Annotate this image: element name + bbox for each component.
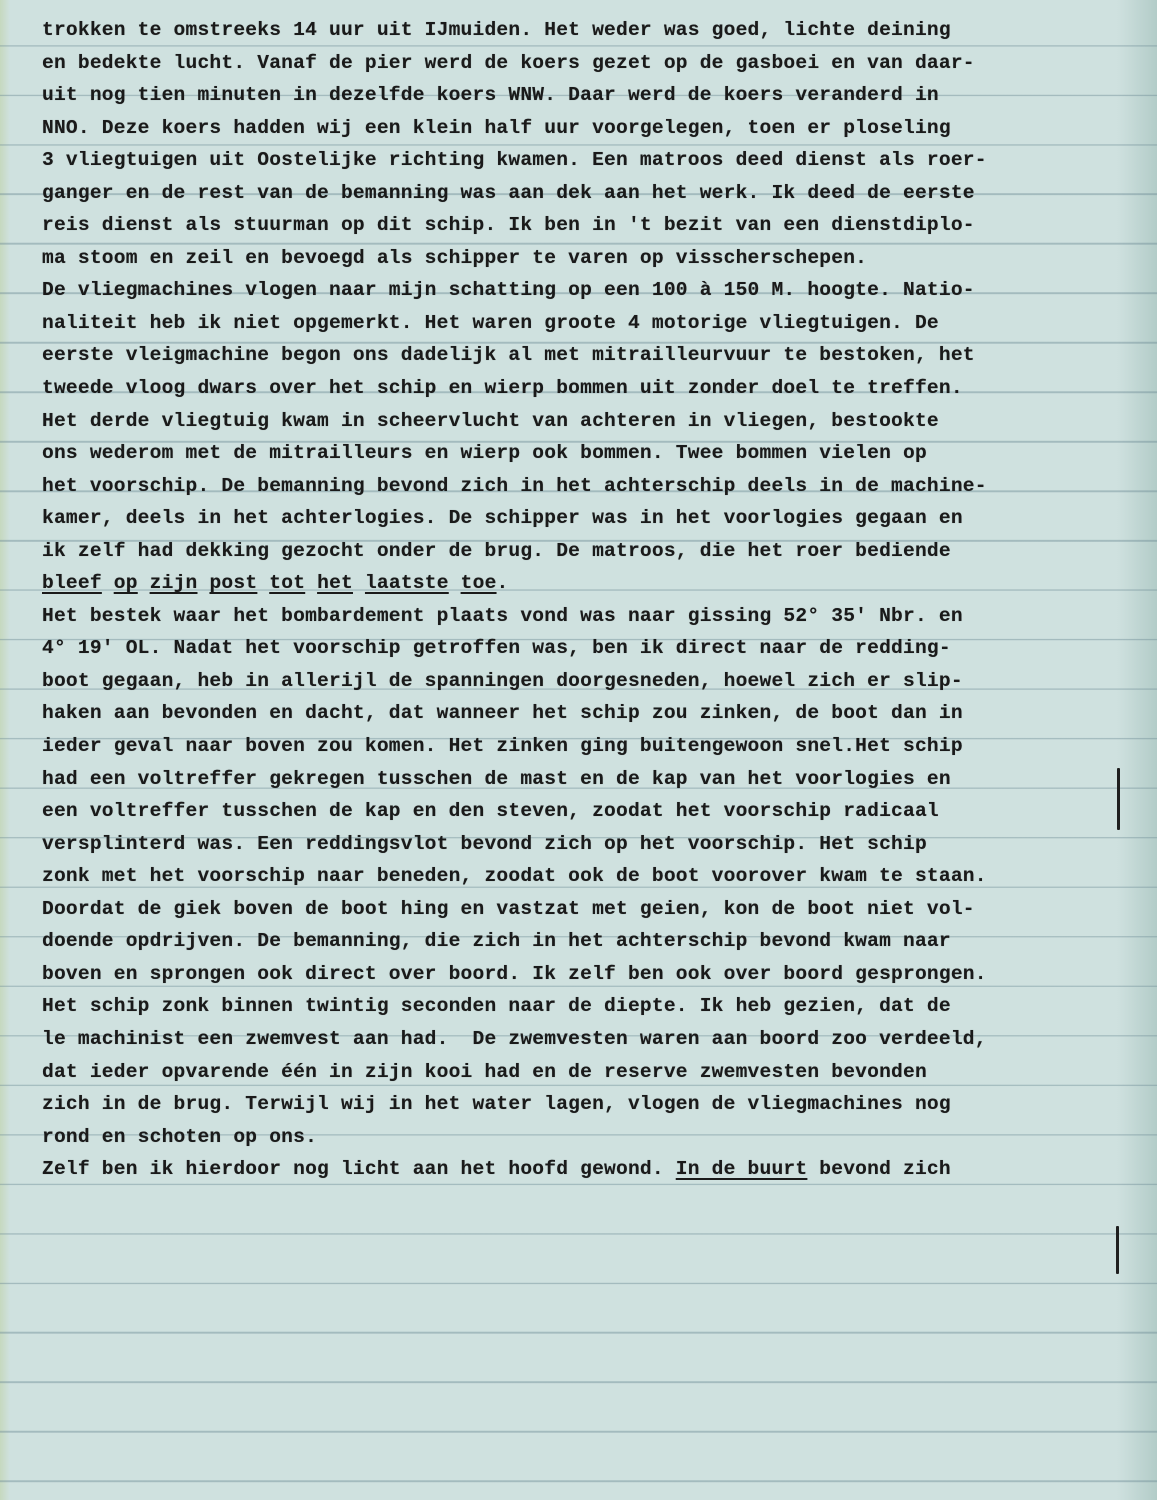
text-segment: Het derde vliegtuig kwam in scheervlucht… xyxy=(42,410,939,432)
text-line: dat ieder opvarende één in zijn kooi had… xyxy=(42,1056,1132,1089)
text-segment: Zelf ben ik hierdoor nog licht aan het h… xyxy=(42,1158,676,1180)
text-line: reis dienst als stuurman op dit schip. I… xyxy=(42,209,1132,242)
text-line: boven en sprongen ook direct over boord.… xyxy=(42,958,1132,991)
text-segment: ieder geval naar boven zou komen. Het zi… xyxy=(42,735,963,757)
margin-mark xyxy=(1116,1226,1119,1274)
typewritten-document-page: trokken te omstreeks 14 uur uit IJmuiden… xyxy=(0,0,1157,1500)
text-line: het voorschip. De bemanning bevond zich … xyxy=(42,470,1132,503)
text-segment: zich in de brug. Terwijl wij in het wate… xyxy=(42,1093,951,1115)
text-segment xyxy=(257,572,269,594)
text-line: 4° 19' OL. Nadat het voorschip getroffen… xyxy=(42,632,1132,665)
text-line: ieder geval naar boven zou komen. Het zi… xyxy=(42,730,1132,763)
text-segment: . xyxy=(497,572,509,594)
text-line: Het bestek waar het bombardement plaats … xyxy=(42,600,1132,633)
underlined-text: op xyxy=(114,572,138,594)
text-line: boot gegaan, heb in allerijl de spanning… xyxy=(42,665,1132,698)
text-segment: zonk met het voorschip naar beneden, zoo… xyxy=(42,865,987,887)
margin-mark xyxy=(1117,768,1120,830)
text-segment: rond en schoten op ons. xyxy=(42,1126,317,1148)
text-line: bleef op zijn post tot het laatste toe. xyxy=(42,567,1132,600)
text-line: ons wederom met de mitrailleurs en wierp… xyxy=(42,437,1132,470)
text-segment: De vliegmachines vlogen naar mijn schatt… xyxy=(42,279,975,301)
underlined-text: tot xyxy=(269,572,305,594)
text-segment: naliteit heb ik niet opgemerkt. Het ware… xyxy=(42,312,939,334)
text-line: zich in de brug. Terwijl wij in het wate… xyxy=(42,1088,1132,1121)
text-line: kamer, deels in het achterlogies. De sch… xyxy=(42,502,1132,535)
text-line: naliteit heb ik niet opgemerkt. Het ware… xyxy=(42,307,1132,340)
text-segment: haken aan bevonden en dacht, dat wanneer… xyxy=(42,702,963,724)
text-segment: ganger en de rest van de bemanning was a… xyxy=(42,182,975,204)
text-line: zonk met het voorschip naar beneden, zoo… xyxy=(42,860,1132,893)
text-segment: tweede vloog dwars over het schip en wie… xyxy=(42,377,963,399)
text-segment xyxy=(102,572,114,594)
text-segment: ons wederom met de mitrailleurs en wierp… xyxy=(42,442,927,464)
text-segment: eerste vleigmachine begon ons dadelijk a… xyxy=(42,344,975,366)
text-segment: dat ieder opvarende één in zijn kooi had… xyxy=(42,1061,927,1083)
document-body: trokken te omstreeks 14 uur uit IJmuiden… xyxy=(42,14,1132,1186)
text-segment: 4° 19' OL. Nadat het voorschip getroffen… xyxy=(42,637,951,659)
text-line: had een voltreffer gekregen tusschen de … xyxy=(42,763,1132,796)
text-segment xyxy=(198,572,210,594)
text-segment: versplinterd was. Een reddingsvlot bevon… xyxy=(42,833,927,855)
text-segment: Het bestek waar het bombardement plaats … xyxy=(42,605,963,627)
text-line: en bedekte lucht. Vanaf de pier werd de … xyxy=(42,47,1132,80)
text-segment: 3 vliegtuigen uit Oostelijke richting kw… xyxy=(42,149,987,171)
text-segment: boot gegaan, heb in allerijl de spanning… xyxy=(42,670,963,692)
underlined-text: laatste xyxy=(365,572,449,594)
text-line: trokken te omstreeks 14 uur uit IJmuiden… xyxy=(42,14,1132,47)
text-segment: Het schip zonk binnen twintig seconden n… xyxy=(42,995,951,1017)
text-line: NNO. Deze koers hadden wij een klein hal… xyxy=(42,112,1132,145)
text-line: eerste vleigmachine begon ons dadelijk a… xyxy=(42,339,1132,372)
text-segment: NNO. Deze koers hadden wij een klein hal… xyxy=(42,117,951,139)
text-segment xyxy=(449,572,461,594)
text-segment: en bedekte lucht. Vanaf de pier werd de … xyxy=(42,52,975,74)
text-segment xyxy=(138,572,150,594)
text-line: doende opdrijven. De bemanning, die zich… xyxy=(42,925,1132,958)
underlined-text: bleef xyxy=(42,572,102,594)
text-segment: Doordat de giek boven de boot hing en va… xyxy=(42,898,975,920)
text-line: le machinist een zwemvest aan had. De zw… xyxy=(42,1023,1132,1056)
text-segment: boven en sprongen ook direct over boord.… xyxy=(42,963,987,985)
text-line: versplinterd was. Een reddingsvlot bevon… xyxy=(42,828,1132,861)
text-line: haken aan bevonden en dacht, dat wanneer… xyxy=(42,697,1132,730)
underlined-text: het xyxy=(317,572,353,594)
text-line: tweede vloog dwars over het schip en wie… xyxy=(42,372,1132,405)
text-line: Het derde vliegtuig kwam in scheervlucht… xyxy=(42,405,1132,438)
text-line: ganger en de rest van de bemanning was a… xyxy=(42,177,1132,210)
underlined-text: In de buurt xyxy=(676,1158,808,1180)
text-segment xyxy=(305,572,317,594)
text-segment: had een voltreffer gekregen tusschen de … xyxy=(42,768,951,790)
underlined-text: toe xyxy=(461,572,497,594)
text-line: rond en schoten op ons. xyxy=(42,1121,1132,1154)
text-segment: ma stoom en zeil en bevoegd als schipper… xyxy=(42,247,867,269)
text-segment: trokken te omstreeks 14 uur uit IJmuiden… xyxy=(42,19,951,41)
text-segment xyxy=(353,572,365,594)
text-line: uit nog tien minuten in dezelfde koers W… xyxy=(42,79,1132,112)
underlined-text: post xyxy=(209,572,257,594)
text-line: ma stoom en zeil en bevoegd als schipper… xyxy=(42,242,1132,275)
text-line: een voltreffer tusschen de kap en den st… xyxy=(42,795,1132,828)
underlined-text: zijn xyxy=(150,572,198,594)
text-line: Doordat de giek boven de boot hing en va… xyxy=(42,893,1132,926)
text-segment: kamer, deels in het achterlogies. De sch… xyxy=(42,507,963,529)
text-line: Het schip zonk binnen twintig seconden n… xyxy=(42,990,1132,1023)
text-segment: bevond zich xyxy=(807,1158,951,1180)
text-segment: reis dienst als stuurman op dit schip. I… xyxy=(42,214,975,236)
text-segment: uit nog tien minuten in dezelfde koers W… xyxy=(42,84,939,106)
text-line: ik zelf had dekking gezocht onder de bru… xyxy=(42,535,1132,568)
text-segment: ik zelf had dekking gezocht onder de bru… xyxy=(42,540,951,562)
text-segment: het voorschip. De bemanning bevond zich … xyxy=(42,475,987,497)
text-segment: doende opdrijven. De bemanning, die zich… xyxy=(42,930,951,952)
text-segment: le machinist een zwemvest aan had. De zw… xyxy=(42,1028,987,1050)
text-segment: een voltreffer tusschen de kap en den st… xyxy=(42,800,939,822)
text-line: De vliegmachines vlogen naar mijn schatt… xyxy=(42,274,1132,307)
text-line: 3 vliegtuigen uit Oostelijke richting kw… xyxy=(42,144,1132,177)
text-line: Zelf ben ik hierdoor nog licht aan het h… xyxy=(42,1153,1132,1186)
